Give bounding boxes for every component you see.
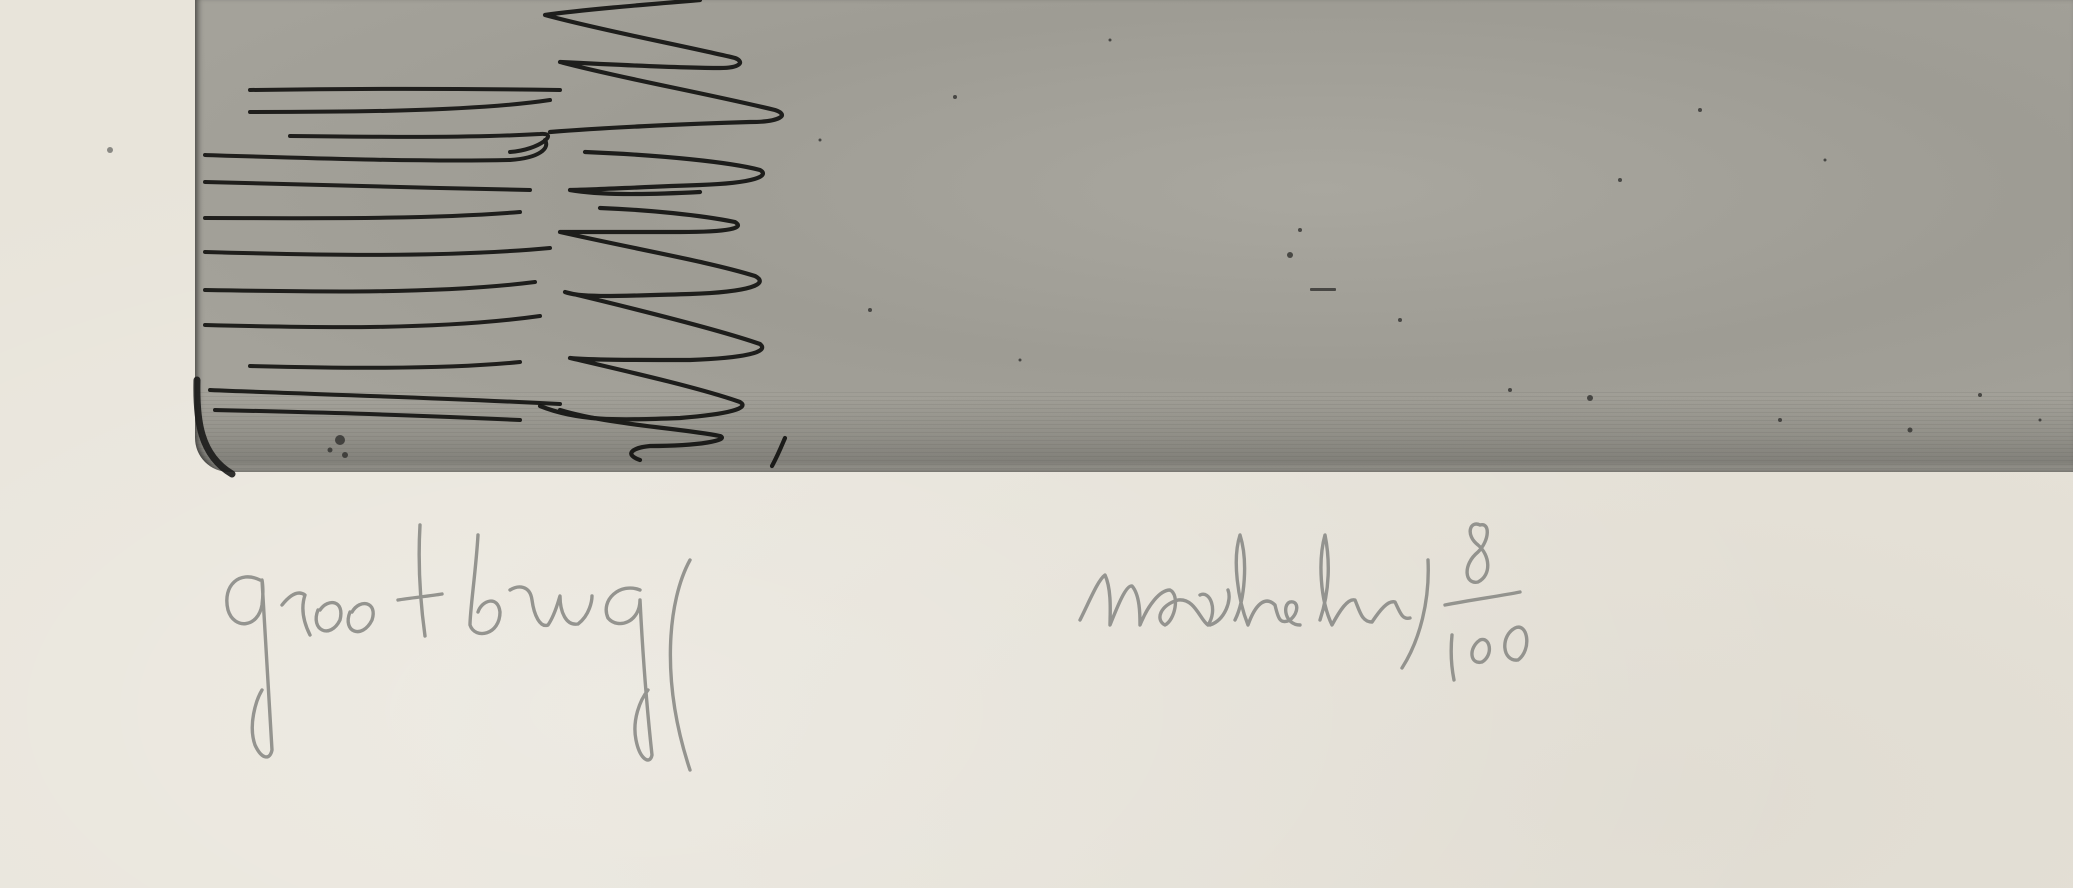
left-horizontal-hatching <box>205 89 560 420</box>
etched-scribble-lines <box>0 0 2073 888</box>
pencil-inscription-strokes <box>227 524 1527 770</box>
zigzag-scribble <box>540 0 785 466</box>
plate-corner-edge <box>197 380 232 474</box>
